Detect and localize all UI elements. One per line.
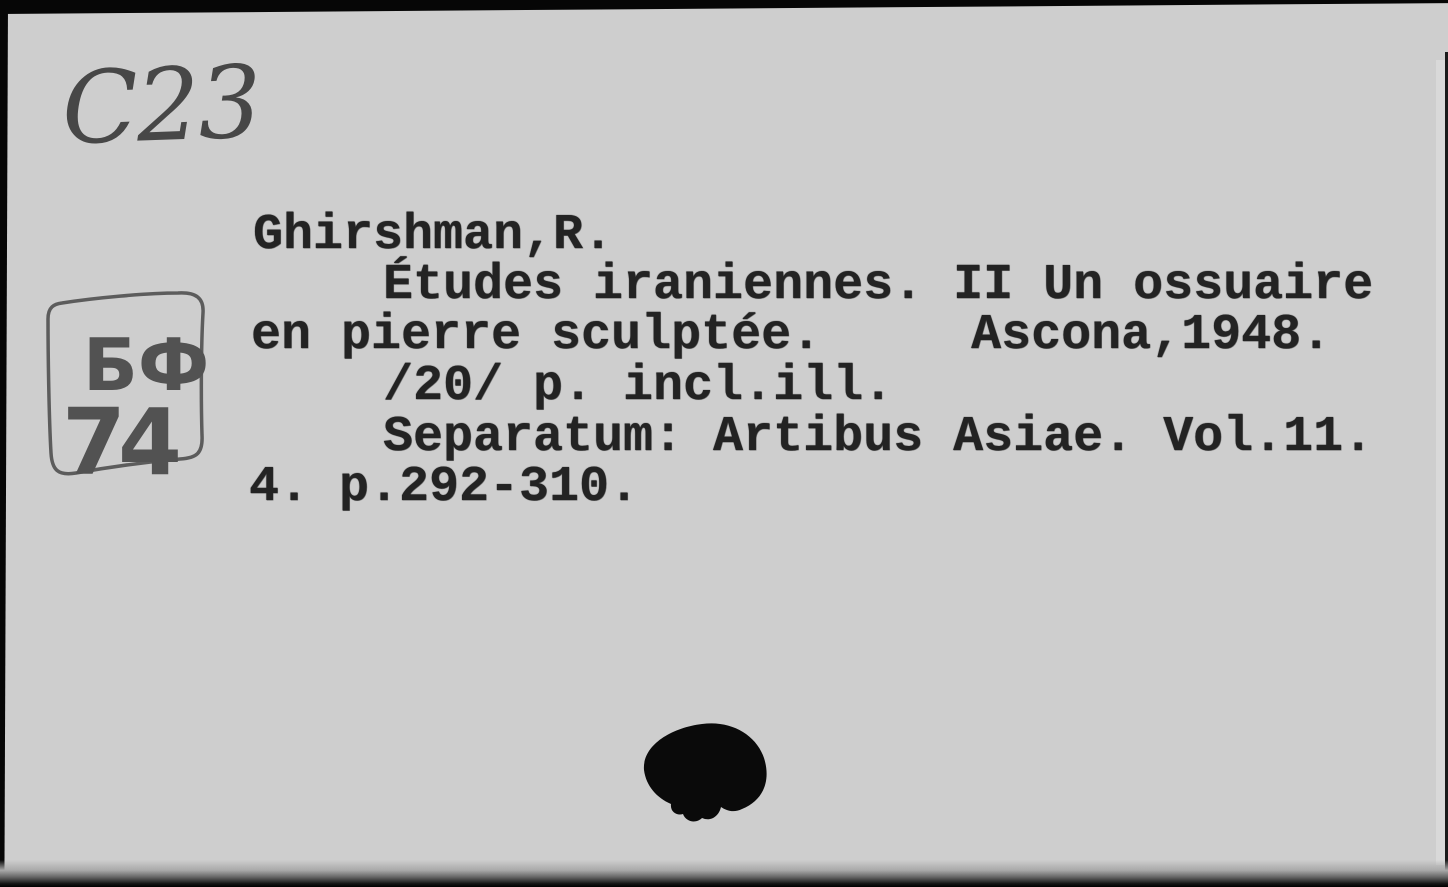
catalog-card-scan: C23 БФ 74 Ghirshman,R. Études iraniennes… xyxy=(0,0,1448,887)
pages-line: 4. p.292-310. xyxy=(249,463,639,513)
series-note-line: Separatum: Artibus Asiae. Vol.11. xyxy=(383,413,1373,463)
collation-line: /20/ p. incl.ill. xyxy=(383,362,893,412)
scan-edge-bottom xyxy=(0,860,1448,887)
title-line-1: Études iraniennes. II Un ossuaire xyxy=(383,261,1373,311)
stamp-text-bottom: 74 xyxy=(62,389,178,496)
ink-blot-shape xyxy=(644,723,767,821)
author-line: Ghirshman,R. xyxy=(253,211,613,261)
card-right-edge-highlight xyxy=(1436,60,1445,865)
accession-stamp: БФ 74 xyxy=(28,283,240,501)
scan-edge-left xyxy=(0,0,8,887)
ink-blot xyxy=(630,708,780,838)
call-number: C23 xyxy=(60,43,262,167)
title-line-2: en pierre sculptée. Ascona,1948. xyxy=(251,311,1331,361)
scan-edge-top xyxy=(0,0,1448,14)
call-number-annotation: C23 xyxy=(36,18,276,178)
